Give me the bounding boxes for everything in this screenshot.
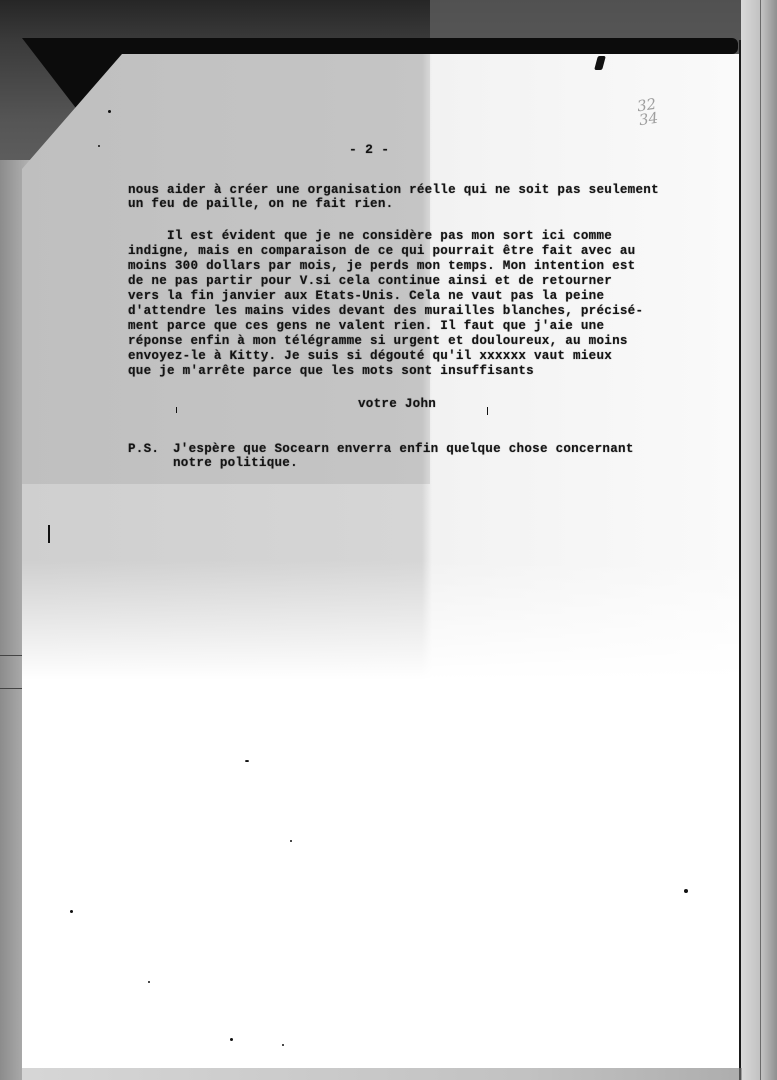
text-line: moins 300 dollars par mois, je perds mon… [128, 260, 636, 273]
postscript-line: J'espère que Socearn enverra enfin quelq… [173, 443, 634, 456]
text-line: ment parce que ces gens ne valent rien. … [128, 320, 604, 333]
folio-number-bottom: 34 [638, 111, 659, 128]
text-line: envoyez-le à Kitty. Je suis si dégouté q… [128, 350, 612, 363]
text-line: que je m'arrête parce que les mots sont … [128, 365, 534, 378]
text-line: Il est évident que je ne considère pas m… [128, 230, 612, 243]
right-margin-strip [741, 0, 777, 1080]
scan-speck [148, 981, 150, 983]
scan-artifact-mark [48, 525, 50, 543]
top-scan-bar [118, 38, 738, 54]
postscript-line: notre politique. [173, 457, 298, 470]
text-line: indigne, mais en comparaison de ce qui p… [128, 245, 636, 258]
page-lower-area [22, 560, 740, 1080]
text-line: d'attendre les mains vides devant des mu… [128, 305, 643, 318]
text-line: nous aider à créer une organisation réel… [128, 184, 659, 197]
scan-speck [245, 760, 249, 762]
text-line: un feu de paille, on ne fait rien. [128, 198, 393, 211]
scan-speck [108, 110, 111, 113]
text-line: réponse enfin à mon télégramme si urgent… [128, 335, 628, 348]
page-number: - 2 - [349, 143, 389, 156]
right-border-rule [739, 40, 741, 1080]
right-margin-line [760, 0, 761, 1080]
scan-speck [290, 840, 292, 842]
scan-speck [70, 910, 73, 913]
bottom-smudge [22, 1068, 742, 1080]
postscript-label: P.S. [128, 443, 159, 456]
text-line: de ne pas partir pour V.si cela continue… [128, 275, 612, 288]
handwritten-folio-number: 32 34 [636, 97, 659, 127]
scan-artifact-mark [176, 407, 177, 413]
text-line: vers la fin janvier aux Etats-Unis. Cela… [128, 290, 604, 303]
scan-speck [98, 145, 100, 147]
scan-speck [684, 889, 688, 893]
signature: votre John [358, 398, 436, 411]
scan-speck [282, 1044, 284, 1046]
scan-speck [230, 1038, 233, 1041]
scan-artifact-mark [487, 407, 488, 415]
